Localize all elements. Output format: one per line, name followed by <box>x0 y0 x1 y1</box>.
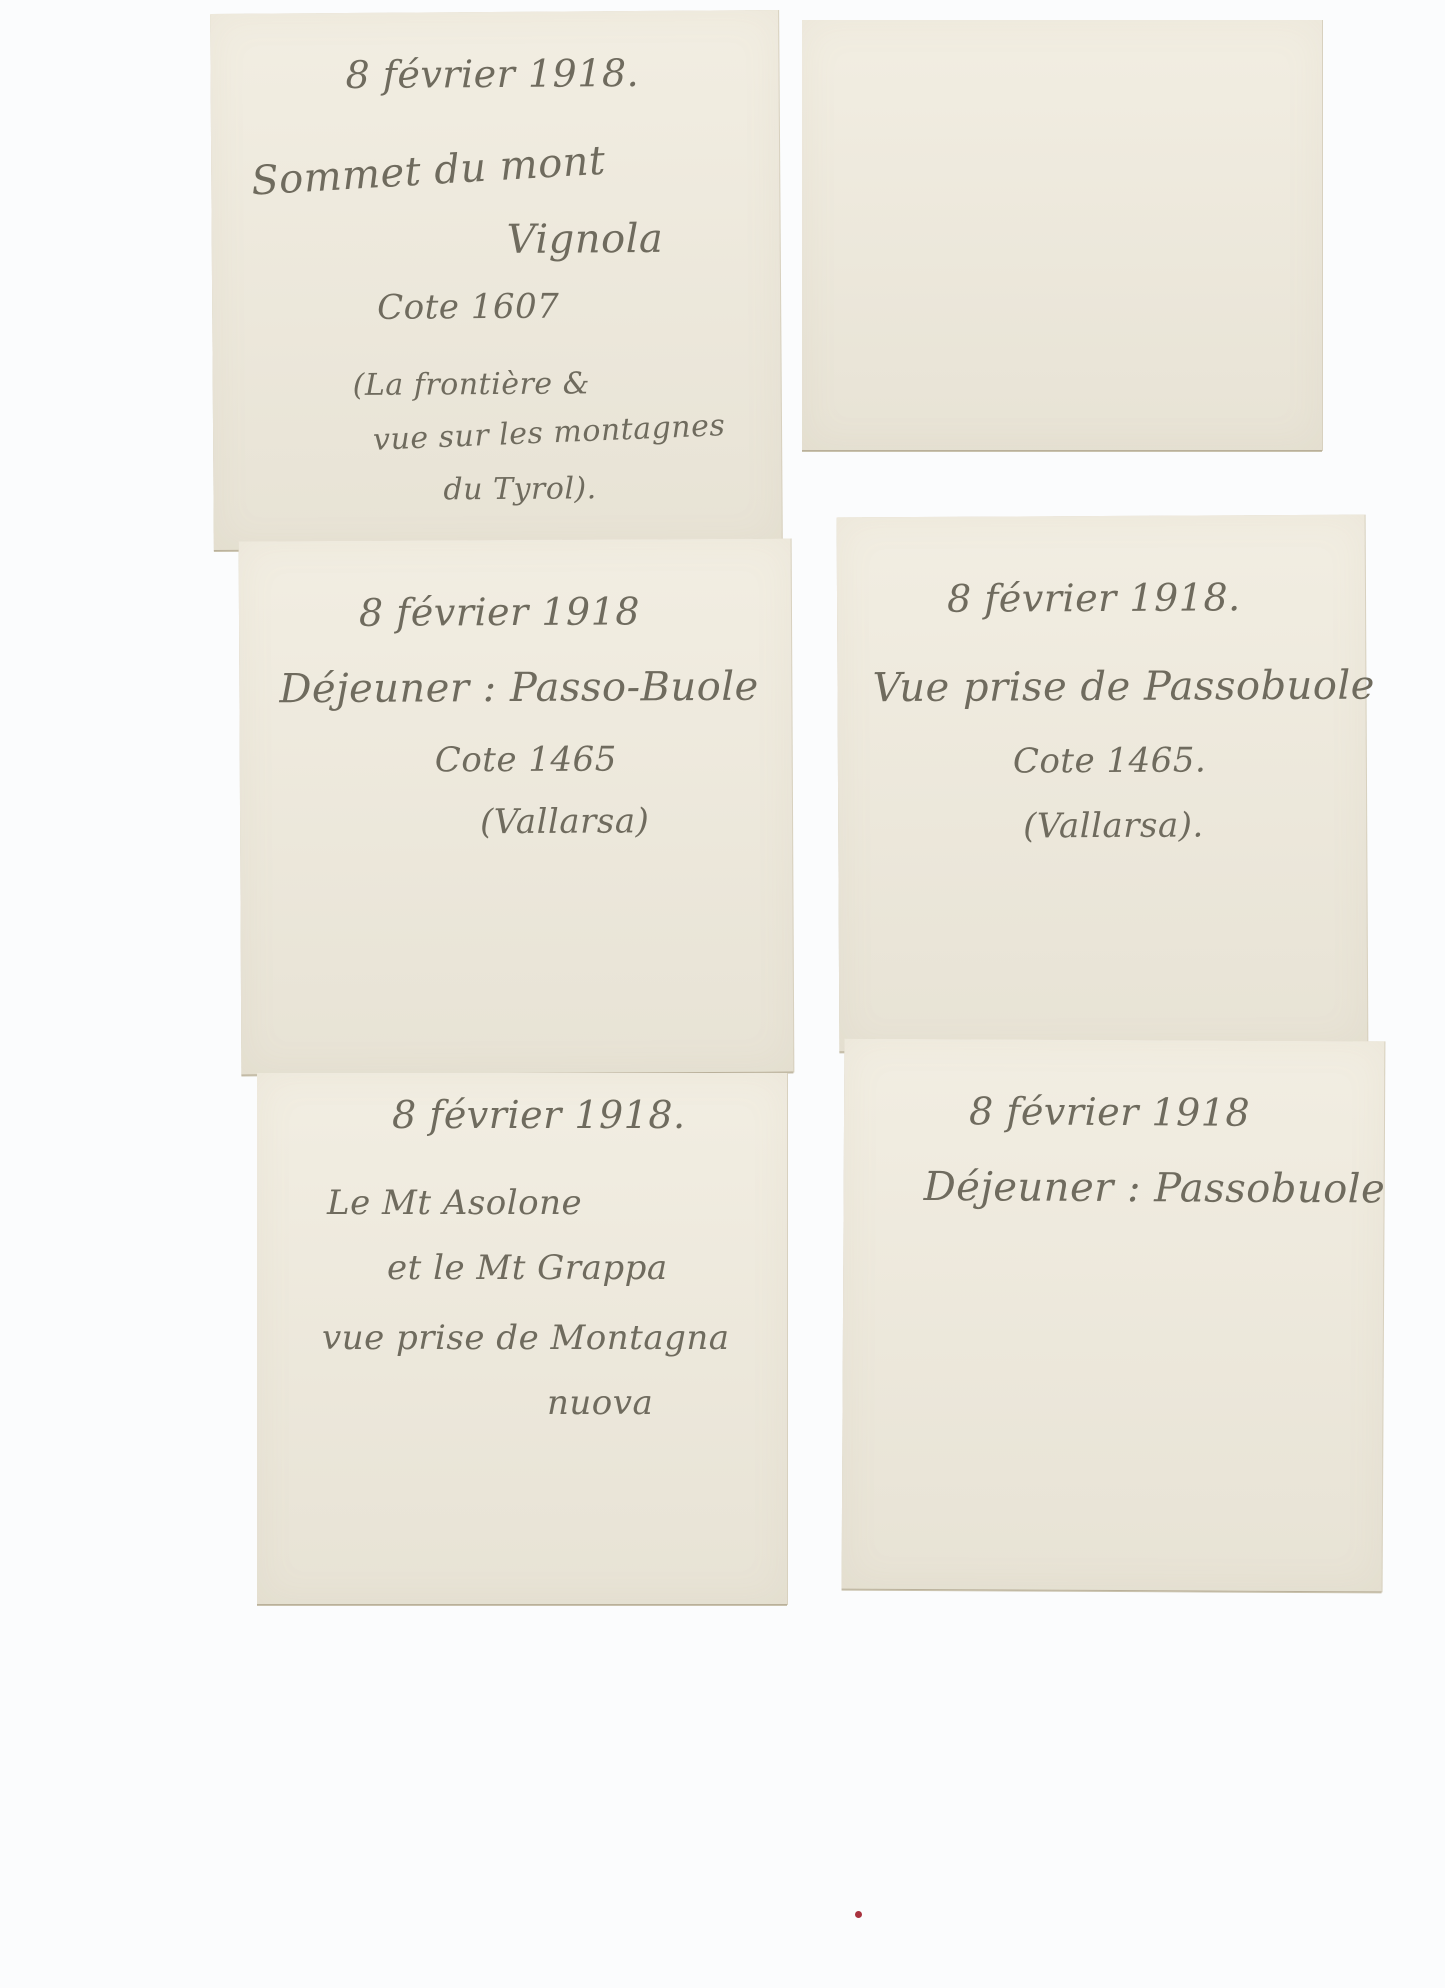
card-text-line: Vue prise de Passobuole <box>872 663 1375 712</box>
photo-card-1: 8 février 1918. Sommet du mont Vignola C… <box>210 10 782 551</box>
photo-card-3: 8 février 1918 Déjeuner : Passo-Buole Co… <box>239 539 794 1076</box>
card-text-line: Cote 1465. <box>1013 740 1207 781</box>
card-date: 8 février 1918. <box>392 1093 686 1137</box>
card-date: 8 février 1918 <box>969 1089 1250 1134</box>
card-text-line: (Vallarsa). <box>1023 805 1204 846</box>
photo-card-5: 8 février 1918. Le Mt Asolone et le Mt G… <box>257 1073 787 1605</box>
photo-card-4: 8 février 1918. Vue prise de Passobuole … <box>837 515 1368 1053</box>
card-text-line: vue sur les montagnes <box>372 408 726 458</box>
card-text-line: et le Mt Grappa <box>387 1248 668 1288</box>
card-text-line: vue prise de Montagna <box>322 1318 730 1358</box>
card-text-line: nuova <box>547 1383 653 1423</box>
card-text-line: (Vallarsa) <box>480 801 649 842</box>
red-ink-dot <box>855 1911 862 1918</box>
card-text-line: (La frontière & <box>353 366 590 403</box>
photo-card-6: 8 février 1918 Déjeuner : Passobuole <box>842 1039 1385 1593</box>
card-text-line: Cote 1465 <box>435 739 617 780</box>
card-text-line: Déjeuner : Passo-Buole <box>279 664 759 713</box>
photo-card-2-blank <box>802 20 1322 451</box>
card-text-line: Le Mt Asolone <box>327 1183 582 1223</box>
card-text-line: Déjeuner : Passobuole <box>924 1164 1386 1212</box>
card-text-line: Sommet du mont <box>250 138 607 205</box>
card-date: 8 février 1918. <box>345 51 639 97</box>
card-text-line: du Tyrol). <box>443 471 597 507</box>
card-date: 8 février 1918. <box>947 575 1241 621</box>
card-date: 8 février 1918 <box>359 589 640 634</box>
card-text-line: Vignola <box>507 216 664 263</box>
card-text-line: Cote 1607 <box>377 287 559 328</box>
